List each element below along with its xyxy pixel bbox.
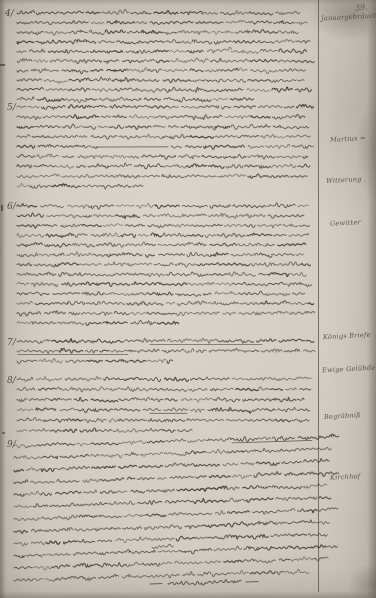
handwriting-word bbox=[65, 378, 85, 380]
handwriting-word bbox=[182, 205, 207, 208]
handwriting-word bbox=[107, 21, 135, 24]
handwriting-word bbox=[184, 215, 199, 217]
handwriting-word bbox=[104, 377, 123, 380]
handwriting-word bbox=[104, 60, 119, 63]
handwriting-word bbox=[156, 116, 169, 119]
handwriting-word bbox=[113, 429, 141, 433]
handwriting-word bbox=[151, 399, 163, 402]
handwriting-word bbox=[208, 408, 230, 411]
handwriting-word bbox=[209, 475, 230, 477]
handwriting-word bbox=[122, 253, 142, 256]
handwriting-word bbox=[293, 498, 303, 500]
handwriting-word bbox=[248, 419, 273, 421]
handwriting-word bbox=[53, 292, 80, 294]
handwriting-word bbox=[36, 12, 59, 15]
handwriting-word bbox=[259, 105, 282, 107]
handwriting-word bbox=[194, 312, 220, 314]
handwriting-word bbox=[115, 538, 132, 542]
handwriting-word bbox=[166, 399, 178, 401]
handwriting-word bbox=[115, 491, 127, 493]
handwriting-word bbox=[212, 31, 234, 35]
handwriting-word bbox=[267, 546, 291, 550]
handwriting-word bbox=[68, 30, 88, 34]
handwriting-word bbox=[251, 350, 259, 352]
handwriting-word bbox=[62, 70, 88, 74]
handwriting-word bbox=[175, 561, 203, 564]
handwriting-word bbox=[71, 186, 81, 188]
handwriting-word bbox=[146, 244, 156, 246]
handwriting-word bbox=[124, 175, 140, 178]
handwriting-word bbox=[112, 78, 135, 82]
handwriting-word bbox=[96, 528, 111, 531]
handwriting-word bbox=[26, 554, 40, 556]
handwriting-word bbox=[17, 243, 43, 247]
handwriting-word bbox=[144, 59, 155, 61]
handwriting-word bbox=[191, 31, 200, 34]
handwriting-word bbox=[62, 156, 73, 157]
handwriting-word bbox=[248, 174, 266, 178]
handwriting-word bbox=[95, 429, 111, 431]
handwriting-word bbox=[62, 174, 92, 177]
handwriting-word bbox=[179, 155, 200, 159]
handwriting-word bbox=[224, 154, 247, 158]
handwriting-word bbox=[142, 155, 158, 157]
handwriting-word bbox=[40, 293, 49, 295]
handwriting-word bbox=[194, 398, 215, 402]
handwriting-word bbox=[31, 283, 57, 287]
handwriting-word bbox=[176, 294, 201, 296]
handwriting-word bbox=[159, 562, 172, 564]
handwriting-word bbox=[316, 522, 329, 524]
handwriting-word bbox=[131, 321, 156, 325]
handwriting-word bbox=[30, 481, 54, 483]
handwriting-word bbox=[46, 233, 73, 237]
handwriting-word bbox=[130, 360, 146, 362]
handwriting-word bbox=[162, 175, 184, 178]
handwriting-word bbox=[164, 452, 186, 455]
handwriting-word bbox=[232, 282, 249, 285]
handwriting-word bbox=[121, 387, 148, 392]
handwriting-word bbox=[126, 51, 138, 53]
handwriting-word bbox=[298, 205, 309, 207]
handwriting-word bbox=[268, 377, 291, 380]
handwriting-word bbox=[73, 552, 96, 555]
handwriting-word bbox=[70, 387, 93, 391]
handwriting-word bbox=[223, 463, 238, 466]
handwriting-word bbox=[259, 273, 266, 275]
handwriting-word bbox=[169, 513, 185, 515]
handwriting-word bbox=[256, 485, 271, 488]
handwriting-word bbox=[271, 389, 282, 391]
handwriting-word bbox=[115, 215, 139, 219]
handwriting-word bbox=[85, 99, 96, 100]
handwriting-word bbox=[274, 21, 295, 24]
handwriting-word bbox=[90, 50, 113, 53]
handwriting-word bbox=[307, 340, 314, 342]
handwriting-word bbox=[285, 473, 302, 476]
handwriting-word bbox=[303, 156, 308, 158]
handwriting-word bbox=[62, 21, 88, 24]
handwriting-word bbox=[67, 252, 92, 257]
handwriting-word bbox=[178, 429, 193, 431]
inserted-word bbox=[152, 544, 173, 548]
handwriting-word bbox=[268, 215, 290, 218]
handwriting-word bbox=[76, 540, 95, 543]
handwriting-word bbox=[304, 126, 309, 128]
handwriting-word bbox=[244, 225, 255, 228]
handwriting-word bbox=[272, 301, 290, 305]
handwriting-word bbox=[169, 50, 185, 52]
handwriting-word bbox=[17, 165, 31, 168]
handwriting-word bbox=[248, 535, 268, 539]
handwriting-word bbox=[75, 234, 87, 238]
handwriting-word bbox=[49, 505, 64, 507]
handwriting-word bbox=[144, 98, 160, 100]
handwriting-word bbox=[169, 87, 194, 91]
handwriting-word bbox=[258, 156, 275, 159]
handwriting-word bbox=[164, 97, 188, 102]
handwriting-word bbox=[83, 224, 102, 226]
handwriting-word bbox=[169, 106, 178, 108]
handwriting-word bbox=[175, 242, 193, 245]
handwriting-word bbox=[274, 136, 284, 138]
handwriting-word bbox=[33, 418, 44, 421]
handwriting-word bbox=[105, 262, 129, 266]
handwriting-word bbox=[80, 264, 102, 266]
handwriting-word bbox=[292, 243, 306, 245]
handwriting-word bbox=[32, 529, 47, 532]
handwriting-word bbox=[208, 301, 218, 304]
handwriting-word bbox=[40, 174, 60, 177]
handwriting-word bbox=[209, 165, 224, 168]
handwriting-word bbox=[229, 408, 251, 413]
handwriting-word bbox=[34, 504, 48, 507]
handwriting-word bbox=[209, 214, 220, 216]
handwriting-word bbox=[148, 225, 172, 228]
handwriting-word bbox=[180, 21, 193, 23]
handwriting-word bbox=[43, 456, 58, 459]
handwriting-word bbox=[86, 322, 101, 325]
handwriting-word bbox=[327, 434, 339, 437]
handwriting-word bbox=[94, 339, 123, 343]
handwriting-word bbox=[34, 567, 51, 571]
handwriting-word bbox=[29, 428, 49, 431]
handwriting-word bbox=[158, 478, 167, 480]
closing-dash bbox=[246, 582, 258, 583]
handwriting-word bbox=[32, 322, 55, 324]
handwriting-word bbox=[183, 572, 195, 576]
handwriting-word bbox=[238, 243, 267, 246]
handwriting-word bbox=[176, 312, 192, 316]
handwriting-word bbox=[225, 116, 251, 119]
handwriting-word bbox=[98, 563, 126, 567]
handwriting-word bbox=[66, 466, 90, 470]
handwriting-word bbox=[236, 11, 248, 15]
handwriting-word bbox=[26, 292, 39, 294]
handwriting-word bbox=[201, 12, 217, 14]
handwriting-word bbox=[17, 70, 28, 72]
handwriting-word bbox=[47, 541, 60, 544]
handwriting-word bbox=[194, 452, 206, 454]
handwriting-word bbox=[267, 203, 295, 208]
handwriting-word bbox=[205, 561, 221, 563]
handwriting-word bbox=[189, 235, 203, 237]
handwriting-word bbox=[117, 41, 140, 44]
handwriting-word bbox=[290, 311, 315, 314]
handwriting-word bbox=[240, 303, 261, 305]
handwriting-word bbox=[35, 350, 58, 353]
handwriting-word bbox=[136, 203, 156, 208]
handwriting-word bbox=[84, 419, 107, 423]
handwriting-word bbox=[194, 464, 219, 466]
handwriting-word bbox=[175, 263, 195, 267]
handwriting-word bbox=[261, 301, 271, 304]
handwriting-word bbox=[140, 398, 150, 401]
handwriting-word bbox=[39, 254, 52, 256]
handwriting-word bbox=[239, 350, 250, 352]
handwriting-word bbox=[17, 59, 32, 63]
handwriting-word bbox=[211, 253, 228, 257]
handwriting-word bbox=[17, 430, 27, 432]
handwriting-word bbox=[150, 21, 178, 24]
handwriting-word bbox=[291, 546, 311, 549]
handwriting-word bbox=[177, 489, 201, 491]
handwriting-word bbox=[17, 377, 33, 381]
handwriting-word bbox=[215, 126, 230, 128]
handwriting-word bbox=[179, 41, 192, 43]
handwriting-word bbox=[233, 205, 246, 208]
handwriting-word bbox=[25, 445, 40, 448]
handwriting-word bbox=[151, 233, 162, 237]
handwriting-word bbox=[181, 106, 198, 108]
handwriting-word bbox=[260, 49, 277, 51]
handwriting-word bbox=[129, 550, 156, 553]
handwriting-word bbox=[219, 302, 239, 305]
handwriting-word bbox=[128, 350, 136, 352]
handwriting-word bbox=[61, 224, 83, 227]
handwriting-word bbox=[113, 115, 127, 118]
handwriting-word bbox=[208, 535, 231, 539]
handwriting-word bbox=[298, 509, 307, 512]
handwriting-word bbox=[304, 497, 317, 499]
handwriting-word bbox=[210, 274, 228, 276]
handwriting-word bbox=[177, 166, 185, 168]
handwriting-word bbox=[61, 40, 86, 44]
handwriting-word bbox=[102, 184, 131, 188]
handwriting-word bbox=[288, 282, 312, 286]
handwriting-word bbox=[157, 321, 178, 324]
handwriting-word bbox=[265, 144, 289, 148]
handwriting-word bbox=[266, 244, 274, 246]
handwriting-word bbox=[279, 559, 289, 561]
handwriting-word bbox=[206, 419, 224, 421]
handwriting-word bbox=[120, 97, 130, 100]
handwriting-word bbox=[231, 50, 258, 53]
handwriting-word bbox=[212, 224, 223, 226]
handwriting-word bbox=[278, 407, 296, 411]
handwriting-word bbox=[117, 205, 135, 207]
handwriting-word bbox=[149, 388, 163, 390]
handwriting-word bbox=[275, 522, 287, 525]
handwriting-word bbox=[17, 340, 41, 343]
handwriting-word bbox=[256, 462, 279, 465]
handwriting-word bbox=[194, 243, 206, 246]
handwriting-word bbox=[242, 450, 262, 453]
handwriting-word bbox=[102, 301, 125, 304]
handwriting-word bbox=[17, 79, 41, 81]
handwriting-word bbox=[226, 20, 249, 23]
handwriting-word bbox=[210, 59, 221, 62]
handwriting-word bbox=[122, 574, 132, 577]
handwriting-word bbox=[137, 50, 153, 54]
handwriting-word bbox=[268, 282, 286, 284]
handwriting-word bbox=[60, 145, 84, 148]
handwriting-word bbox=[119, 419, 146, 421]
handwriting-word bbox=[67, 301, 85, 305]
handwriting-word bbox=[131, 312, 146, 314]
handwriting-word bbox=[282, 461, 302, 464]
handwriting-word bbox=[17, 145, 35, 148]
handwriting-word bbox=[122, 60, 142, 63]
handwriting-word bbox=[274, 398, 296, 402]
handwriting-word bbox=[17, 253, 37, 257]
handwriting-word bbox=[91, 443, 118, 445]
handwriting-word bbox=[142, 134, 163, 138]
handwriting-word bbox=[213, 115, 222, 117]
handwriting-word bbox=[190, 409, 204, 412]
handwriting-word bbox=[17, 135, 30, 138]
handwriting-word bbox=[247, 498, 273, 503]
handwriting-word bbox=[291, 176, 308, 177]
handwriting-word bbox=[137, 79, 159, 81]
paragraph-marker: 6/ bbox=[7, 202, 17, 212]
handwriting-word bbox=[62, 282, 82, 286]
handwriting-word bbox=[51, 135, 78, 138]
handwriting-word bbox=[199, 106, 219, 108]
handwriting-word bbox=[50, 398, 60, 400]
handwriting-word bbox=[170, 476, 194, 478]
handwriting-word bbox=[75, 529, 96, 531]
handwriting-word bbox=[253, 409, 265, 412]
handwriting-word bbox=[126, 68, 147, 72]
handwriting-word bbox=[133, 185, 143, 187]
handwriting-word bbox=[103, 233, 121, 237]
handwriting-word bbox=[147, 312, 175, 315]
handwriting-word bbox=[17, 203, 26, 206]
handwriting-word bbox=[251, 69, 278, 73]
handwriting-word bbox=[119, 441, 146, 445]
handwriting-word bbox=[273, 436, 295, 440]
handwriting-word bbox=[114, 408, 139, 411]
handwriting-word bbox=[122, 527, 141, 530]
handwriting-word bbox=[229, 451, 244, 453]
handwriting-word bbox=[35, 21, 63, 24]
handwriting-word bbox=[53, 253, 64, 256]
handwriting-word bbox=[17, 41, 34, 44]
handwriting-word bbox=[133, 576, 145, 578]
handwriting-word bbox=[197, 263, 221, 266]
handwriting-word bbox=[132, 88, 155, 92]
handwriting-word bbox=[111, 175, 125, 178]
handwriting-word bbox=[70, 50, 89, 52]
handwriting-word bbox=[304, 350, 315, 352]
handwriting-word bbox=[89, 30, 104, 35]
handwriting-word bbox=[17, 293, 27, 295]
handwriting-word bbox=[140, 452, 163, 456]
handwriting-word bbox=[72, 243, 83, 246]
handwriting-word bbox=[100, 478, 124, 481]
handwriting-word bbox=[17, 106, 26, 108]
handwriting-word bbox=[60, 116, 71, 118]
handwriting-word bbox=[208, 500, 226, 502]
handwriting-word bbox=[298, 164, 311, 167]
handwriting-word bbox=[296, 115, 305, 118]
handwriting-word bbox=[295, 88, 311, 92]
handwriting-word bbox=[165, 377, 189, 381]
handwriting-word bbox=[30, 49, 46, 52]
handwriting-word bbox=[301, 263, 310, 266]
handwriting-word bbox=[139, 338, 165, 342]
handwriting-word bbox=[254, 560, 276, 563]
handwriting-word bbox=[307, 509, 317, 512]
handwriting-word bbox=[181, 126, 202, 129]
handwriting-word bbox=[93, 254, 107, 256]
handwriting-word bbox=[47, 70, 59, 72]
handwriting-word bbox=[99, 312, 112, 316]
handwriting-word bbox=[53, 339, 79, 343]
handwriting-word bbox=[82, 185, 101, 187]
handwriting-word bbox=[222, 522, 246, 527]
handwriting-word bbox=[200, 30, 210, 33]
handwriting-word bbox=[289, 233, 309, 236]
handwriting-word bbox=[224, 224, 242, 226]
handwriting-word bbox=[286, 135, 311, 138]
handwriting-word bbox=[274, 234, 287, 236]
handwriting-word bbox=[169, 125, 179, 127]
handwriting-word bbox=[74, 398, 87, 402]
handwriting-word bbox=[221, 213, 238, 218]
handwriting-word bbox=[38, 145, 59, 148]
handwriting-word bbox=[60, 456, 79, 458]
handwriting-word bbox=[84, 216, 92, 218]
handwriting-word bbox=[319, 508, 338, 511]
handwriting-word bbox=[41, 468, 54, 471]
handwriting-word bbox=[101, 454, 122, 457]
handwriting-word bbox=[100, 409, 113, 411]
handwriting-word bbox=[57, 387, 69, 390]
handwriting-word bbox=[36, 377, 62, 382]
handwriting-word bbox=[171, 58, 182, 61]
handwriting-word bbox=[66, 360, 86, 363]
handwriting-word bbox=[34, 164, 55, 167]
handwriting-word bbox=[156, 89, 169, 93]
handwriting-word bbox=[101, 10, 128, 15]
handwriting-word bbox=[142, 563, 160, 566]
handwriting-word bbox=[232, 536, 249, 539]
handwriting-word bbox=[14, 480, 28, 484]
handwriting-word bbox=[52, 565, 70, 569]
handwriting-word bbox=[231, 437, 258, 442]
handwriting-word bbox=[40, 493, 52, 496]
handwriting-word bbox=[274, 571, 284, 574]
handwriting-word bbox=[185, 526, 200, 529]
handwriting-word bbox=[188, 388, 207, 391]
handwriting-word bbox=[100, 350, 109, 352]
handwriting-word bbox=[241, 463, 254, 465]
handwriting-word bbox=[76, 443, 89, 446]
handwriting-word bbox=[127, 302, 145, 306]
handwriting-word bbox=[272, 486, 301, 489]
